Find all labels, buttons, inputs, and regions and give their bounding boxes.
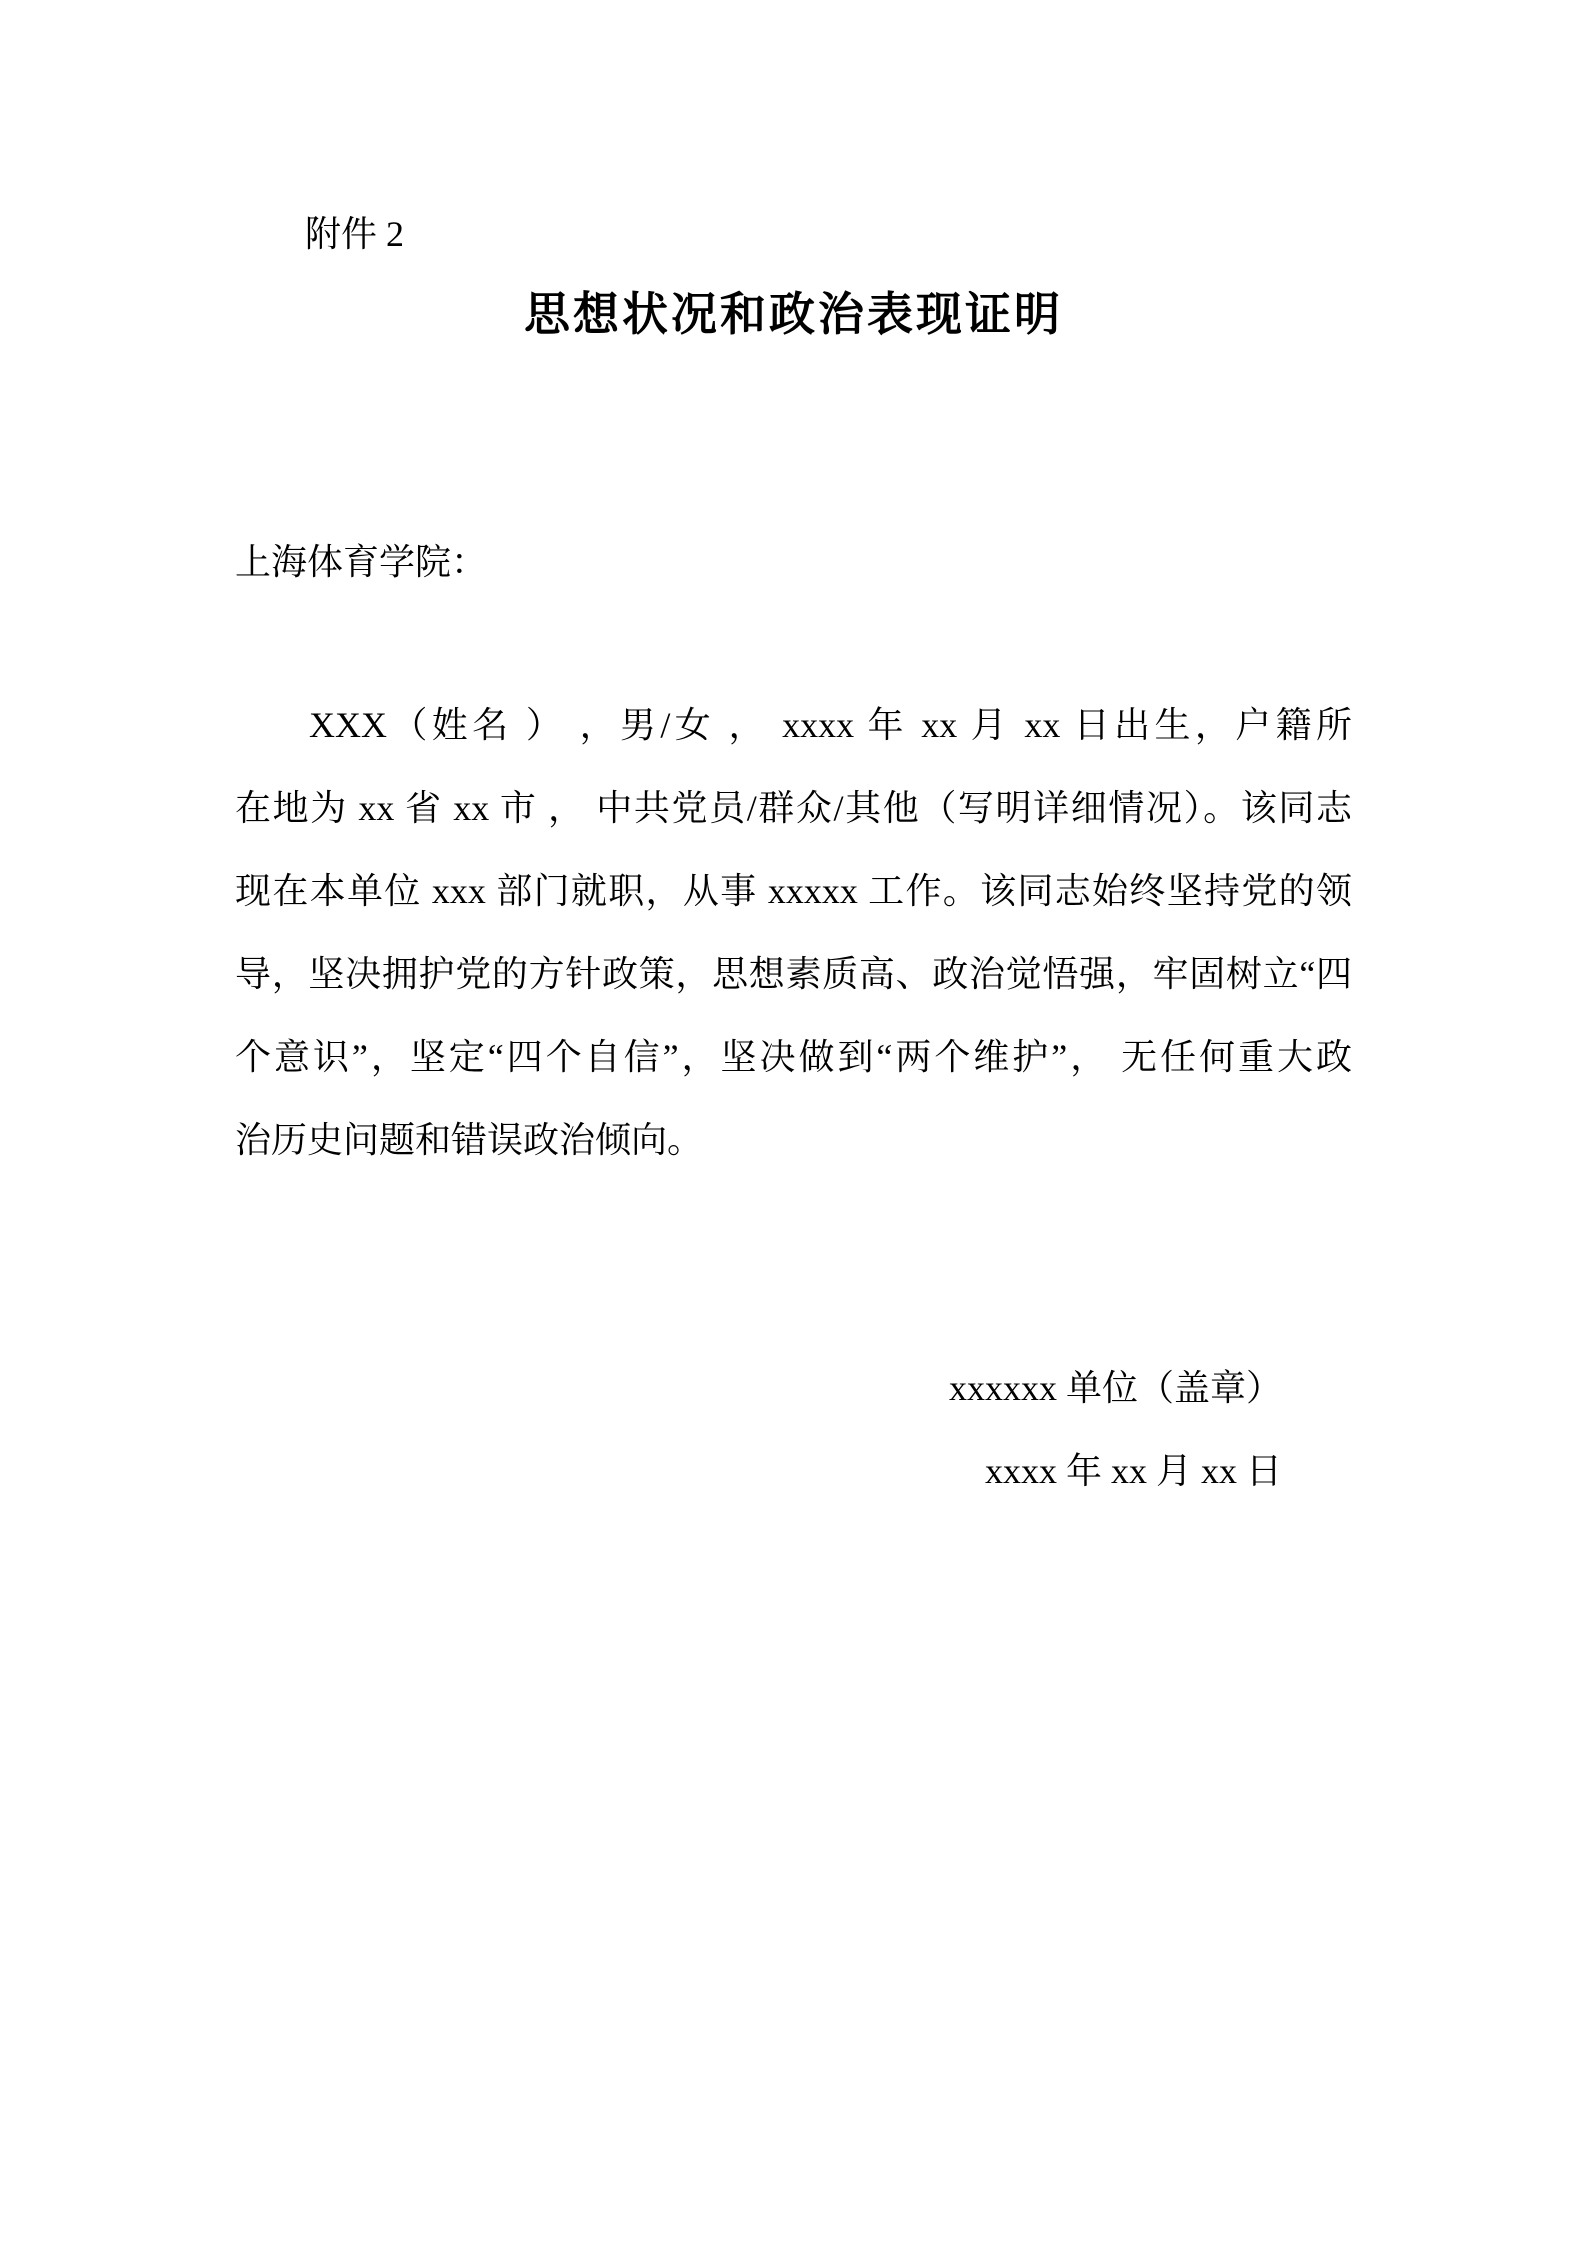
signature-unit-line: xxxxxx 单位（盖章） [235, 1347, 1282, 1430]
body-line: 现在本单位 xxx 部门就职，从事 xxxxx 工作。该同志始终坚持党的领 [235, 850, 1352, 933]
body-line: XXX（姓名 ） ，男/女 ， xxxx 年 xx 月 xx 日出生，户籍所 [235, 684, 1352, 767]
body-line: 治历史问题和错误政治倾向。 [235, 1099, 1352, 1182]
signature-block: xxxxxx 单位（盖章） xxxx 年 xx 月 xx 日 [235, 1347, 1352, 1513]
body-line: 在地为 xx 省 xx 市 ， 中共党员/群众/其他（写明详细情况）。该同志 [235, 767, 1352, 850]
body-paragraph: XXX（姓名 ） ，男/女 ， xxxx 年 xx 月 xx 日出生，户籍所 在… [235, 684, 1352, 1182]
document-title: 思想状况和政治表现证明 [235, 286, 1352, 342]
signature-date-line: xxxx 年 xx 月 xx 日 [235, 1430, 1282, 1513]
document-page: 附件 2 思想状况和政治表现证明 上海体育学院： XXX（姓名 ） ，男/女 ，… [0, 0, 1587, 2245]
attachment-label: 附件 2 [235, 0, 1352, 256]
body-line: 导，坚决拥护党的方针政策，思想素质高、政治觉悟强，牢固树立“四 [235, 933, 1352, 1016]
salutation: 上海体育学院： [235, 540, 1352, 584]
body-line: 个意识”，坚定“四个自信”，坚决做到“两个维护”， 无任何重大政 [235, 1016, 1352, 1099]
